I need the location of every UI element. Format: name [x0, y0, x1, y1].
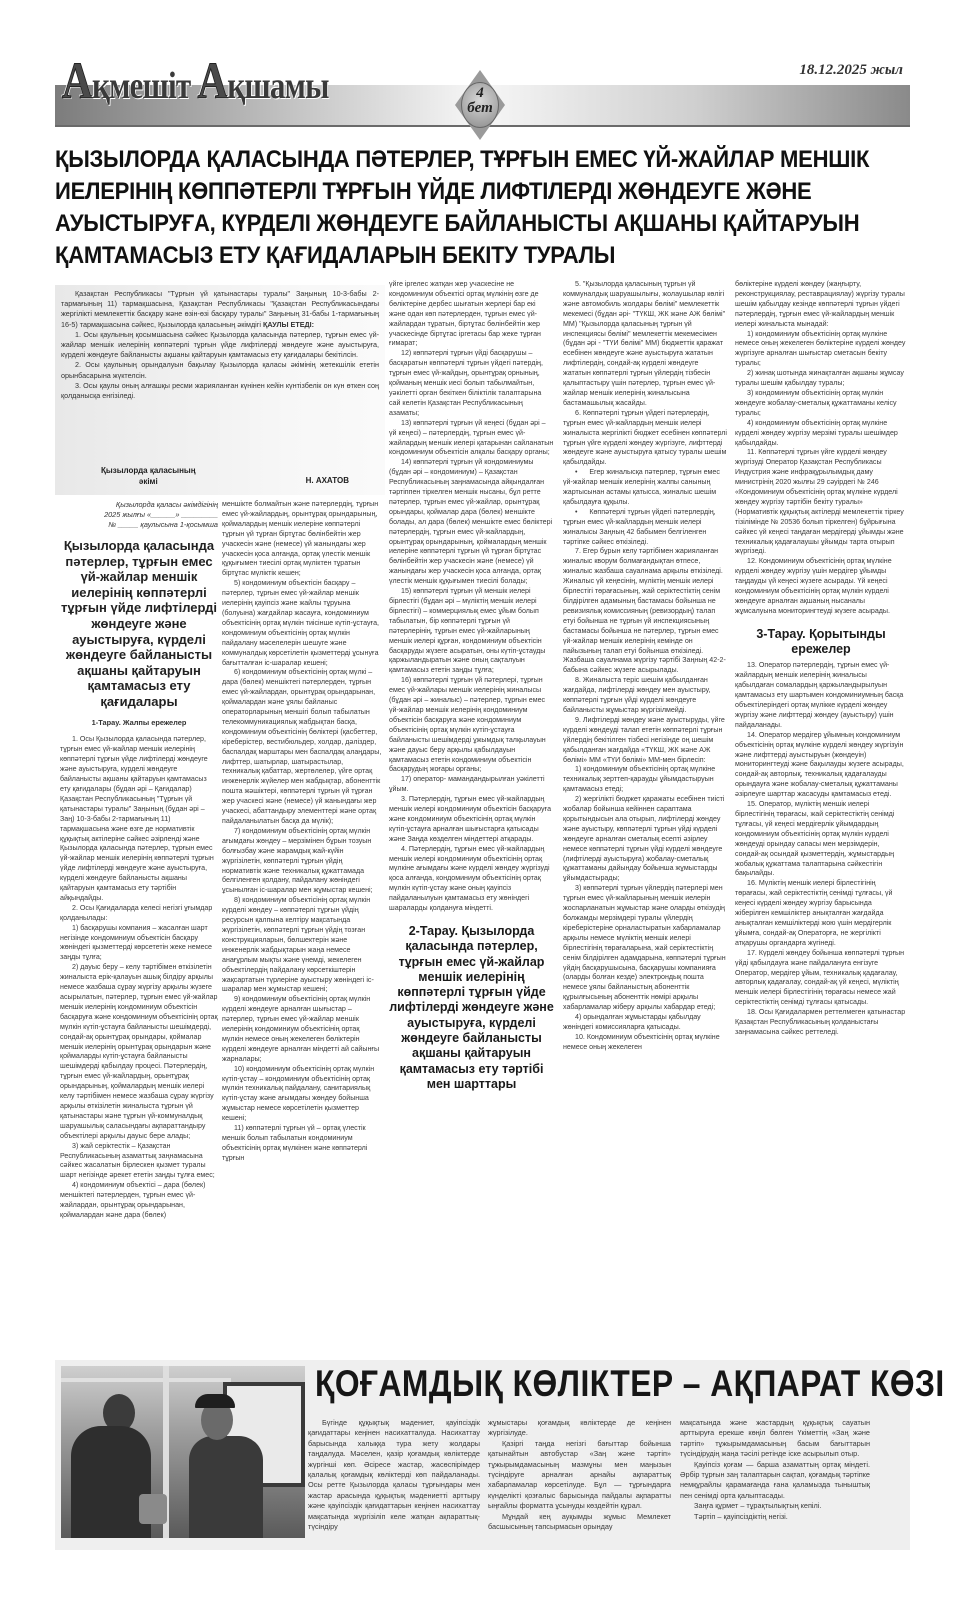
masthead: Ақмешіт Ақшамы 4 бет 18.12.2025 жыл — [0, 0, 965, 140]
paragraph: 11. Көппәтерлі тұрғын үйге күрделі жөнде… — [735, 448, 907, 557]
paragraph: 10) кондоминиум объектісінің ортақ мүлкі… — [222, 1065, 382, 1124]
column-4: 5. "Қызылорда қаласының тұрғын үй коммун… — [563, 280, 728, 1053]
paragraph: 17. Күрделі жөндеу бойынша көппәтерлі тұ… — [735, 949, 907, 1008]
paragraph: 7) кондоминиум объектісінің ортақ мүлкін… — [222, 827, 382, 896]
bullet-item: • Көппәтерлі тұрғын үйдегі пәтерлердің, … — [563, 508, 728, 548]
paragraph: 12. Кондоминиум объектісінің ортақ мүлкі… — [735, 557, 907, 616]
paragraph: Бүгінде құқықтық мәдениет, қауіпсіздік қ… — [308, 1418, 480, 1532]
decree-item-1: 1. Осы қаулының қосымшасына сәйкес Қызыл… — [61, 330, 379, 361]
paragraph: 12) көппәтерлі тұрғын үйді басқарушы – б… — [389, 349, 554, 418]
article-title: ҚОҒАМДЫҚ КӨЛІКТЕР – АҚПАРАТ КӨЗІ — [315, 1362, 945, 1406]
column-1: Қызылорда қаласы әкімдігінің 2025 жылғы … — [60, 500, 218, 1221]
column-2: меншікте болмайтын және пәтерлердің, тұр… — [222, 500, 382, 1164]
chapter-1-title: 1-Тарау. Жалпы ережелер — [60, 718, 218, 728]
paragraph: 4) кондоминиум объектісінің ортақ мүлкін… — [735, 419, 907, 449]
paragraph: Тәртіп – қауіпсіздіктің негізі. — [680, 1512, 870, 1522]
paragraph: 11) көппәтерлі тұрғын үй – ортақ үлестік… — [222, 1124, 382, 1164]
paragraph: бөліктеріне күрделі жөндеу (жаңғырту, ре… — [735, 280, 907, 330]
paragraph: мақсатында және жастардың құқықтық сауат… — [680, 1418, 870, 1460]
logo-word-1: қмешіт — [92, 65, 190, 107]
logo-initial-2: А — [197, 53, 227, 110]
paragraph: 16. Мүліктің меншік иелері бірлестігінің… — [735, 879, 907, 948]
paragraph: меншікте болмайтын және пәтерлердің, тұр… — [222, 500, 382, 579]
paragraph: 8. Жиналыста теріс шешім қабылданған жағ… — [563, 676, 728, 716]
chapter-3-title: 3-Тарау. Қорытынды ережелер — [735, 627, 907, 658]
paragraph: 15. Оператор, мүліктің меншік иелері бір… — [735, 800, 907, 879]
paragraph: 7. Егер бұрын келу тәртібімен жарияланға… — [563, 547, 728, 676]
logo-initial-1: А — [62, 53, 92, 110]
paragraph: 14) көппәтерлі тұрғын үй кондоминиумы (б… — [389, 458, 554, 587]
paragraph: 1) кондоминиум объектісінің ортақ мүлкін… — [563, 765, 728, 795]
rules-title: Қызылорда қаласында пәтерлер, тұрғын еме… — [60, 538, 218, 710]
bullet-icon: • — [575, 508, 589, 516]
paragraph: Қауіпсіз қоғам — барша азаматтың ортақ м… — [680, 1460, 870, 1502]
paragraph: 9. Лифтілерді жөндеу және ауыстыруды, үй… — [563, 716, 728, 766]
decree-item-2: 2. Осы қаулының орындалуын бақылау Қызыл… — [61, 360, 379, 380]
bullet-icon: • — [575, 468, 589, 476]
paragraph: 4) орындалған жұмыстарды қабылдау жөнінд… — [563, 1013, 728, 1033]
decree-resolves: ҚАУЛЫ ЕТЕДІ: — [263, 320, 314, 329]
column-5: бөліктеріне күрделі жөндеу (жаңғырту, ре… — [735, 280, 907, 1038]
paragraph: 13) көппәтерлі тұрғын үй кеңесі (бұдан ә… — [389, 419, 554, 459]
paragraph: 3) жай серіктестік – Қазақстан Республик… — [60, 1142, 218, 1182]
paragraph: 18. Осы Қағидалармен реттелмеген қатынас… — [735, 1008, 907, 1038]
paragraph: 5) кондоминиум объектісін басқару – пәте… — [222, 579, 382, 668]
paragraph: 3) көппәтерлі тұрғын үйлердің пәтерлері … — [563, 884, 728, 1013]
paragraph: 2. Осы Қағидаларда келесі негізгі ұғымда… — [60, 904, 218, 924]
paragraph: 4. Пәтерлердің, тұрғын емес үй-жайлардың… — [389, 845, 554, 914]
paragraph: 1) басқарушы компания – жасалған шарт не… — [60, 924, 218, 964]
paragraph: 3. Пәтерлердің, тұрғын емес үй-жайлардың… — [389, 795, 554, 845]
paragraph: 1) кондоминиум объектісінің ортақ мүлкін… — [735, 330, 907, 370]
decree-box: Қазақстан Республикасы "Тұрғын үй қатына… — [55, 285, 385, 495]
bullet-item: • Егер жиналысқа пәтерлер, тұрғын емес ү… — [563, 468, 728, 508]
paragraph: 8) кондоминиум объектісінің ортақ мүлкін… — [222, 896, 382, 995]
paragraph: 9) кондоминиум объектісінің ортақ мүлкін… — [222, 995, 382, 1064]
public-transport-article: ҚОҒАМДЫҚ КӨЛІКТЕР – АҚПАРАТ КӨЗІ Бүгінде… — [55, 1360, 910, 1550]
paragraph: 15) көппәтерлі тұрғын үй меншік иелері б… — [389, 587, 554, 676]
paragraph: Заңға құрмет – тұрақтылықтың кепілі. — [680, 1501, 870, 1511]
paragraph: жұмыстары қоғамдық көліктерде де кеңінен… — [488, 1418, 671, 1439]
paragraph: 3) кондоминиум объектісінің ортақ мүлкін… — [735, 389, 907, 419]
paragraph: 16) көппәтерлі тұрғын үй пәтерлері, тұрғ… — [389, 676, 554, 775]
signer-organization: Қызылорда қаласының әкімі — [101, 465, 196, 487]
paragraph: Мұндай кең ауқымды жұмыс Мемлекет басшыс… — [488, 1512, 671, 1533]
decree-item-3: 3. Осы қаулы оның алғашқы ресми жариялан… — [61, 381, 379, 401]
paragraph: 13. Оператор пәтерлердің, тұрғын емес үй… — [735, 661, 907, 730]
paragraph: 2) жергілікті бюджет қаражаты есебінен т… — [563, 795, 728, 884]
paragraph: 2) жинақ шотында жинақталған ақшаны жұмс… — [735, 369, 907, 389]
article-column-3: мақсатында және жастардың құқықтық сауат… — [680, 1418, 870, 1522]
paragraph: 6. Көппәтерлі тұрғын үйдегі пәтерлердің,… — [563, 409, 728, 468]
paragraph: 1. Осы Қызылорда қаласында пәтерлер, тұр… — [60, 735, 218, 903]
paragraph: 14. Оператор мердігер ұйымның кондоминиу… — [735, 731, 907, 800]
paragraph: 4) кондоминиум объектісі – дара (бөлек) … — [60, 1181, 218, 1221]
article-column-2: жұмыстары қоғамдық көліктерде де кеңінен… — [488, 1418, 671, 1532]
newspaper-logo: Ақмешіт Ақшамы — [62, 52, 329, 111]
main-headline: Қызылорда қаласында пәтерлер, тұрғын еме… — [55, 144, 915, 272]
paragraph: 10. Кондоминиум объектісінің ортақ мүлкі… — [563, 1033, 728, 1053]
appendix-note: Қызылорда қаласы әкімдігінің 2025 жылғы … — [60, 500, 218, 530]
page-label: бет — [467, 100, 493, 116]
signer-name: Н. АХАТОВ — [306, 476, 349, 485]
paragraph: 2) дауыс беру – келу тәртібімен өткізіле… — [60, 963, 218, 1141]
paragraph: үйге іргелес жатқан жер учаскесіне не ко… — [389, 280, 554, 349]
decree-preamble: Қазақстан Республикасы "Тұрғын үй қатына… — [61, 289, 379, 330]
paragraph: Қазіргі таңда негізгі бағыттар бойынша қ… — [488, 1439, 671, 1512]
article-column-1: Бүгінде құқықтық мәдениет, қауіпсіздік қ… — [308, 1418, 480, 1532]
page-number: 4 — [476, 85, 484, 101]
article-photo — [61, 1366, 305, 1538]
page-number-badge: 4 бет — [447, 70, 513, 140]
issue-date: 18.12.2025 жыл — [799, 62, 903, 79]
chapter-2-title: 2-Тарау. Қызылорда қаласында пәтерлер, т… — [389, 924, 554, 1092]
paragraph: 17) оператор- мамандандырылған уәкілетті… — [389, 775, 554, 795]
paragraph: 5. "Қызылорда қаласының тұрғын үй коммун… — [563, 280, 728, 409]
paragraph: 6) кондоминиум объектісінің ортақ мүлкі … — [222, 668, 382, 827]
logo-word-2: қшамы — [227, 65, 328, 107]
column-3: үйге іргелес жатқан жер учаскесіне не ко… — [389, 280, 554, 1096]
